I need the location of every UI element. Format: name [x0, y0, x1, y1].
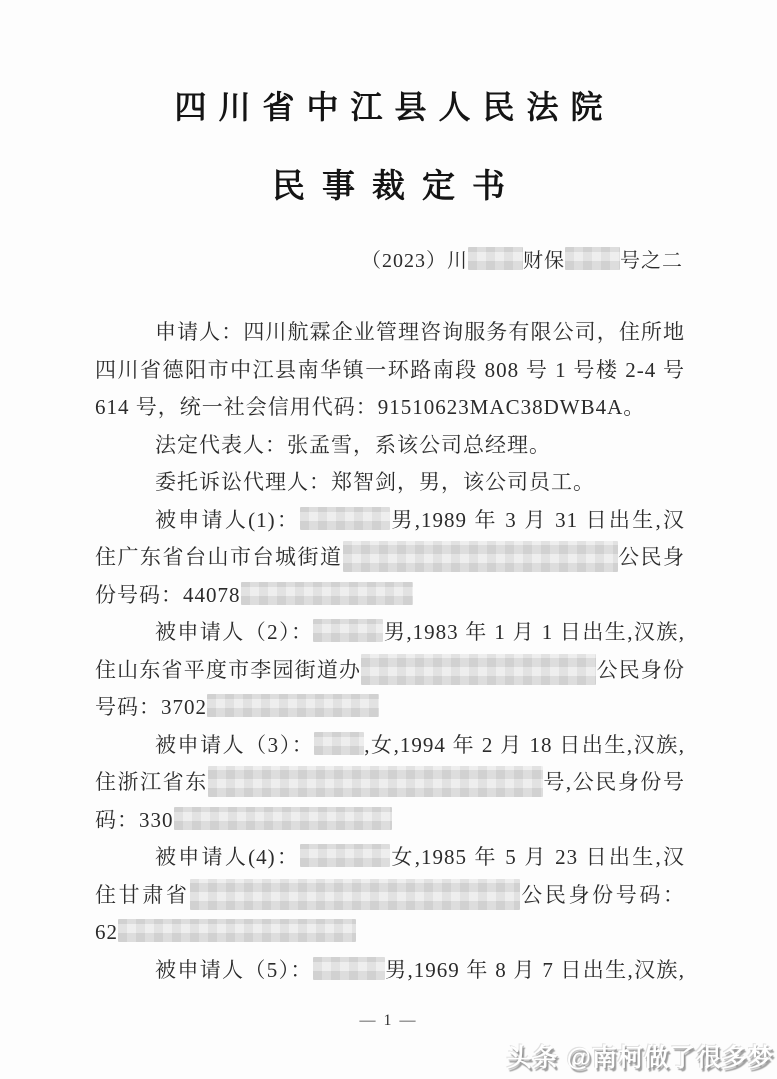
court-title: 四川省中江县人民法院	[0, 82, 777, 128]
text-run: 住广东省台山市台城街道	[95, 545, 343, 569]
redaction-block	[300, 844, 390, 867]
paragraph-respondent-2: 被申请人（2）：男,1983 年 1 月 1 日出生,汉族,住山东省平度市李园街…	[95, 614, 685, 727]
text-line: 614 号，统一社会信用代码：91510623MAC38DWB4A。	[95, 389, 685, 427]
text-line: 被申请人（5）：男,1969 年 8 月 7 日出生,汉族,	[95, 952, 685, 990]
text-line: 号码：3702	[95, 689, 685, 727]
text-line: 被申请人(4)：女,1985 年 5 月 23 日出生,汉族,	[95, 839, 685, 877]
text-run: 公民身	[618, 545, 686, 569]
redaction-block	[313, 619, 383, 642]
redaction-block	[565, 247, 620, 270]
text-run: 62	[95, 920, 118, 944]
paragraph-respondent-4: 被申请人(4)：女,1985 年 5 月 23 日出生,汉族,住甘肃省公民身份号…	[95, 839, 685, 952]
text-run: ,女,1994 年 2 月 18 日出生,汉族,	[364, 733, 685, 757]
text-line: 被申请人(1)：男,1989 年 3 月 31 日出生,汉族,	[95, 502, 685, 540]
text-run: 614 号，统一社会信用代码：91510623MAC38DWB4A。	[95, 395, 645, 419]
text-line: 法定代表人：张孟雪，系该公司总经理。	[95, 427, 685, 465]
document-body: 申请人：四川航霖企业管理咨询服务有限公司，住所地四川省德阳市中江县南华镇一环路南…	[95, 314, 685, 989]
text-run: 号,公民身份号	[543, 770, 685, 794]
text-line: 被申请人（2）：男,1983 年 1 月 1 日出生,汉族,	[95, 614, 685, 652]
text-run: 申请人：四川航霖企业管理咨询服务有限公司，住所地	[155, 320, 685, 344]
redaction-block	[343, 541, 618, 572]
text-run: 公民身份	[596, 658, 685, 682]
text-run: 财保	[523, 250, 565, 272]
redaction-block	[174, 807, 392, 830]
text-line: 被申请人（3）：,女,1994 年 2 月 18 日出生,汉族,	[95, 727, 685, 765]
text-line: 住广东省台山市台城街道公民身	[95, 539, 685, 577]
redaction-block	[361, 654, 596, 685]
text-run: 住山东省平度市李园街道办	[95, 658, 361, 682]
redaction-block	[190, 879, 520, 910]
redaction-block	[314, 732, 364, 755]
text-run: 号之二	[620, 250, 683, 272]
text-run: 法定代表人：张孟雪，系该公司总经理。	[155, 433, 551, 457]
text-run: 被申请人（2）：	[155, 620, 313, 644]
text-run: 公民身份号码：	[520, 883, 685, 907]
text-run: 被申请人(1)：	[155, 508, 300, 532]
watermark: 头条 @南柯做了很多梦	[507, 1038, 774, 1074]
text-run: 被申请人(4)：	[155, 845, 300, 869]
text-run: 委托诉讼代理人：郑智剑，男，该公司员工。	[155, 470, 595, 494]
document-page: 四川省中江县人民法院 民事裁定书 （2023）川财保号之二 申请人：四川航霖企业…	[0, 0, 777, 1079]
text-line: 住甘肃省公民身份号码：	[95, 877, 685, 915]
text-run: 男,1969 年 8 月 7 日出生,汉族,	[385, 958, 685, 982]
text-line: 委托诉讼代理人：郑智剑，男，该公司员工。	[95, 464, 685, 502]
text-run: 住浙江省东	[95, 770, 208, 794]
text-run: 男,1983 年 1 月 1 日出生,汉族,	[383, 620, 685, 644]
text-line: 住浙江省东号,公民身份号	[95, 764, 685, 802]
page-number: — 1 —	[0, 1012, 777, 1030]
text-line: 62	[95, 914, 685, 952]
redaction-block	[313, 957, 385, 980]
redaction-block	[208, 766, 543, 797]
text-line: 份号码：44078	[95, 577, 685, 615]
redaction-block	[118, 919, 356, 942]
text-line: 码：330	[95, 802, 685, 840]
case-number: （2023）川财保号之二	[361, 244, 683, 273]
text-run: 四川省德阳市中江县南华镇一环路南段 808 号 1 号楼 2-4 号	[95, 358, 685, 382]
paragraph-legal-representative: 法定代表人：张孟雪，系该公司总经理。	[95, 427, 685, 465]
text-run: 被申请人（5）：	[155, 958, 313, 982]
text-line: 四川省德阳市中江县南华镇一环路南段 808 号 1 号楼 2-4 号	[95, 352, 685, 390]
text-line: 住山东省平度市李园街道办公民身份	[95, 652, 685, 690]
redaction-block	[207, 694, 379, 717]
text-run: 号码：3702	[95, 695, 207, 719]
paragraph-respondent-3: 被申请人（3）：,女,1994 年 2 月 18 日出生,汉族,住浙江省东号,公…	[95, 727, 685, 840]
paragraph-litigation-agent: 委托诉讼代理人：郑智剑，男，该公司员工。	[95, 464, 685, 502]
text-run: 住甘肃省	[95, 883, 190, 907]
paragraph-respondent-1: 被申请人(1)：男,1989 年 3 月 31 日出生,汉族,住广东省台山市台城…	[95, 502, 685, 615]
redaction-block	[300, 507, 390, 530]
paragraph-respondent-5: 被申请人（5）：男,1969 年 8 月 7 日出生,汉族,	[95, 952, 685, 990]
redaction-block	[468, 247, 523, 270]
text-run: （2023）川	[361, 250, 468, 272]
doc-title: 民事裁定书	[0, 160, 777, 207]
redaction-block	[241, 582, 413, 605]
text-run: 码：330	[95, 808, 174, 832]
text-run: 被申请人（3）：	[155, 733, 314, 757]
text-run: 份号码：44078	[95, 583, 241, 607]
text-line: 申请人：四川航霖企业管理咨询服务有限公司，住所地	[95, 314, 685, 352]
paragraph-applicant: 申请人：四川航霖企业管理咨询服务有限公司，住所地四川省德阳市中江县南华镇一环路南…	[95, 314, 685, 427]
